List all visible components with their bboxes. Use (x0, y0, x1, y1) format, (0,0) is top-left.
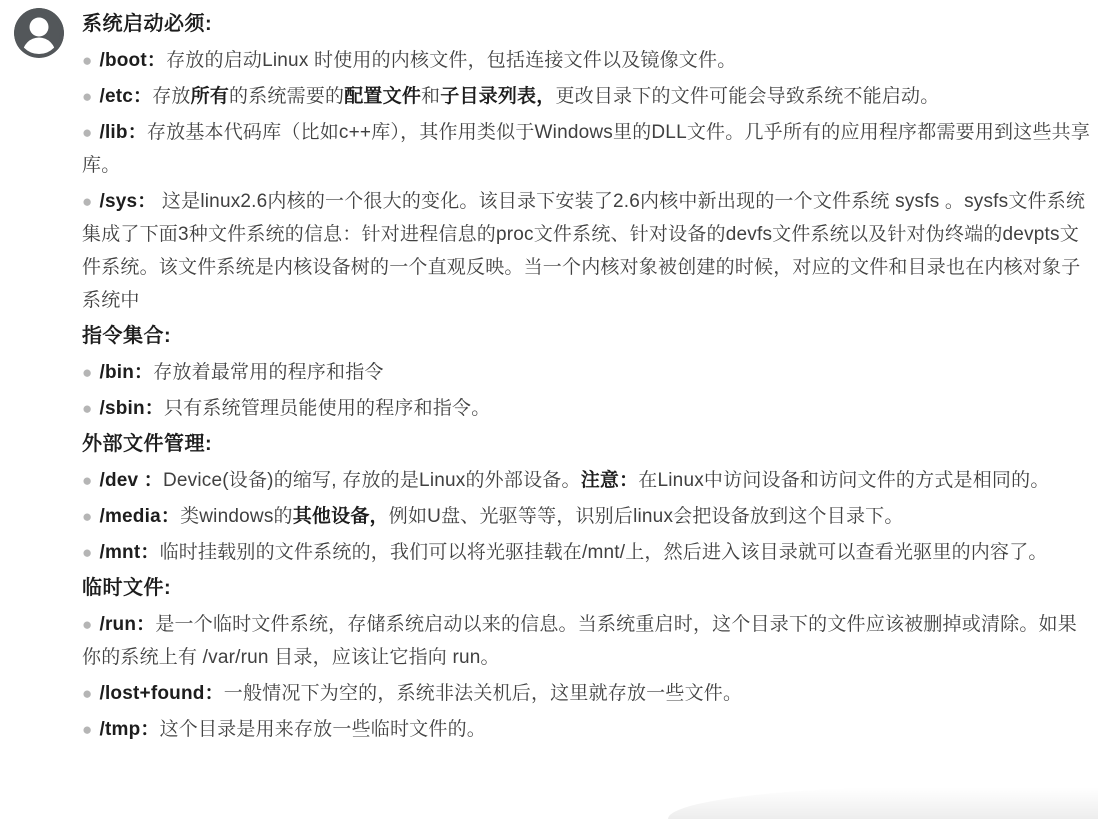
text-run: /dev ： (99, 470, 163, 491)
text-run: 更改目录下的文件可能会导致系统不能启动。 (555, 86, 939, 107)
section-heading: 临时文件: (82, 572, 1092, 605)
text-run: 存放 (152, 86, 190, 107)
bullet-icon: ● (82, 543, 92, 562)
text-run: 存放基本代码库（比如c++库），其作用类似于Windows里的DLL文件。几乎所… (82, 122, 1090, 176)
list-item: ●/etc：存放所有的系统需要的配置文件和子目录列表，更改目录下的文件可能会导致… (82, 80, 1092, 113)
bullet-icon: ● (82, 507, 92, 526)
list-item: ●/lib：存放基本代码库（比如c++库），其作用类似于Windows里的DLL… (82, 116, 1092, 182)
text-run: /run： (99, 614, 155, 635)
text-run: 只有系统管理员能使用的程序和指令。 (164, 398, 490, 419)
text-run: 类windows的 (180, 506, 293, 527)
bullet-icon: ● (82, 192, 92, 211)
bullet-icon: ● (82, 87, 92, 106)
list-item: ●/sbin：只有系统管理员能使用的程序和指令。 (82, 392, 1092, 425)
bullet-icon: ● (82, 684, 92, 703)
text-run: 是一个临时文件系统，存储系统启动以来的信息。当系统重启时，这个目录下的文件应该被… (82, 614, 1077, 668)
list-item: ●/mnt：临时挂载别的文件系统的，我们可以将光驱挂载在/mnt/上，然后进入该… (82, 536, 1092, 569)
list-item: ●/boot：存放的启动Linux 时使用的内核文件，包括连接文件以及镜像文件。 (82, 44, 1092, 77)
text-run: 其他设备， (293, 506, 389, 527)
bullet-icon: ● (82, 123, 92, 142)
text-run: 例如U盘、光驱等等，识别后linux会把设备放到这个目录下。 (389, 506, 904, 527)
list-item: ●/run：是一个临时文件系统，存储系统启动以来的信息。当系统重启时，这个目录下… (82, 608, 1092, 674)
list-item: ●/bin：存放着最常用的程序和指令 (82, 356, 1092, 389)
article-page: 系统启动必须:●/boot：存放的启动Linux 时使用的内核文件，包括连接文件… (0, 0, 1098, 819)
list-item: ●/tmp：这个目录是用来存放一些临时文件的。 (82, 713, 1092, 746)
text-run: /sbin： (99, 398, 164, 419)
bullet-icon: ● (82, 471, 92, 490)
text-run: /etc： (99, 86, 152, 107)
section-heading: 外部文件管理: (82, 428, 1092, 461)
bullet-icon: ● (82, 720, 92, 739)
section-heading: 指令集合: (82, 320, 1092, 353)
text-run: 子目录列表， (440, 86, 555, 107)
user-icon (14, 8, 64, 58)
text-run: 所有 (191, 86, 229, 107)
text-run: 的系统需要的 (229, 86, 344, 107)
section-heading: 系统启动必须: (82, 8, 1092, 41)
text-run: 存放着最常用的程序和指令 (153, 362, 383, 383)
text-run: /mnt： (99, 542, 159, 563)
text-run: /lib： (99, 122, 146, 143)
text-run: 临时挂载别的文件系统的，我们可以将光驱挂载在/mnt/上，然后进入该目录就可以查… (160, 542, 1048, 563)
document-body: 系统启动必须:●/boot：存放的启动Linux 时使用的内核文件，包括连接文件… (82, 8, 1092, 749)
bullet-icon: ● (82, 399, 92, 418)
text-run: /tmp： (99, 719, 159, 740)
text-run: 和 (421, 86, 440, 107)
bullet-icon: ● (82, 615, 92, 634)
text-run: /boot： (99, 50, 166, 71)
list-item: ●/media：类windows的其他设备，例如U盘、光驱等等，识别后linux… (82, 500, 1092, 533)
text-run: Device(设备)的缩写, 存放的是Linux的外部设备。 (163, 470, 581, 491)
text-run: /media： (99, 506, 180, 527)
list-item: ●/lost+found：一般情况下为空的，系统非法关机后，这里就存放一些文件。 (82, 677, 1092, 710)
text-run: 注意： (581, 470, 639, 491)
page-corner-shadow (668, 787, 1098, 819)
text-run: 这是linux2.6内核的一个很大的变化。该目录下安装了2.6内核中新出现的一个… (82, 191, 1085, 311)
text-run: 在Linux中访问设备和访问文件的方式是相同的。 (638, 470, 1049, 491)
list-item: ●/dev ：Device(设备)的缩写, 存放的是Linux的外部设备。注意：… (82, 464, 1092, 497)
text-run: 一般情况下为空的，系统非法关机后，这里就存放一些文件。 (224, 683, 742, 704)
text-run: 存放的启动Linux 时使用的内核文件，包括连接文件以及镜像文件。 (166, 50, 736, 71)
text-run: 这个目录是用来存放一些临时文件的。 (160, 719, 486, 740)
text-run: /bin： (99, 362, 153, 383)
text-run: 配置文件 (344, 86, 421, 107)
bullet-icon: ● (82, 363, 92, 382)
bullet-icon: ● (82, 51, 92, 70)
user-avatar[interactable] (14, 8, 64, 58)
text-run: /sys： (99, 191, 156, 212)
list-item: ●/sys： 这是linux2.6内核的一个很大的变化。该目录下安装了2.6内核… (82, 185, 1092, 317)
text-run: /lost+found： (99, 683, 223, 704)
